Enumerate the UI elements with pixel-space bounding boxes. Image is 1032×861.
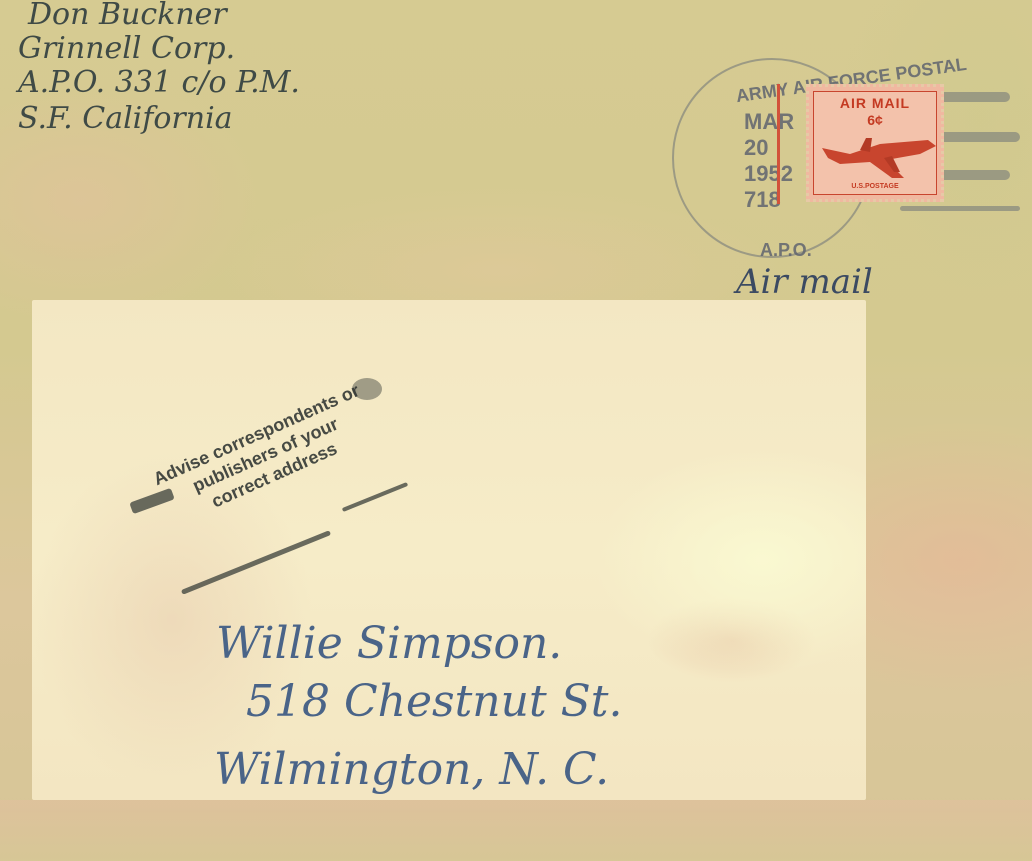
air-mail-note: Air mail: [736, 262, 873, 302]
return-address-line: Grinnell Corp.: [18, 30, 235, 68]
recipient-line: Willie Simpson.: [216, 622, 562, 666]
stamp-edge-line: [777, 84, 780, 204]
return-address-line: Don Buckner: [28, 0, 227, 34]
postmark-apo: A.P.O.: [760, 240, 812, 261]
postmark-month: MAR: [744, 110, 794, 134]
envelope-bottom-edge: [0, 800, 1032, 861]
postmark-day: 20: [744, 136, 768, 160]
return-address-line: S.F. California: [18, 100, 233, 138]
stamp-footer: U.S.POSTAGE: [814, 183, 936, 190]
return-address-line: A.P.O. 331 c/o P.M.: [18, 64, 300, 102]
airplane-icon: [820, 130, 938, 182]
stamp-title: AIR MAIL: [814, 95, 936, 111]
air-mail-stamp: AIR MAIL 6¢ U.S.POSTAGE: [806, 84, 944, 202]
postmark-year: 1952: [744, 162, 793, 186]
recipient-line: 518 Chestnut St.: [246, 680, 622, 724]
stamp-frame: AIR MAIL 6¢ U.S.POSTAGE: [813, 91, 937, 195]
postmark-number: 718: [744, 188, 781, 212]
stamp-value: 6¢: [814, 112, 936, 128]
recipient-line: Wilmington, N. C.: [214, 748, 609, 792]
cancellation-bar: [900, 206, 1020, 211]
